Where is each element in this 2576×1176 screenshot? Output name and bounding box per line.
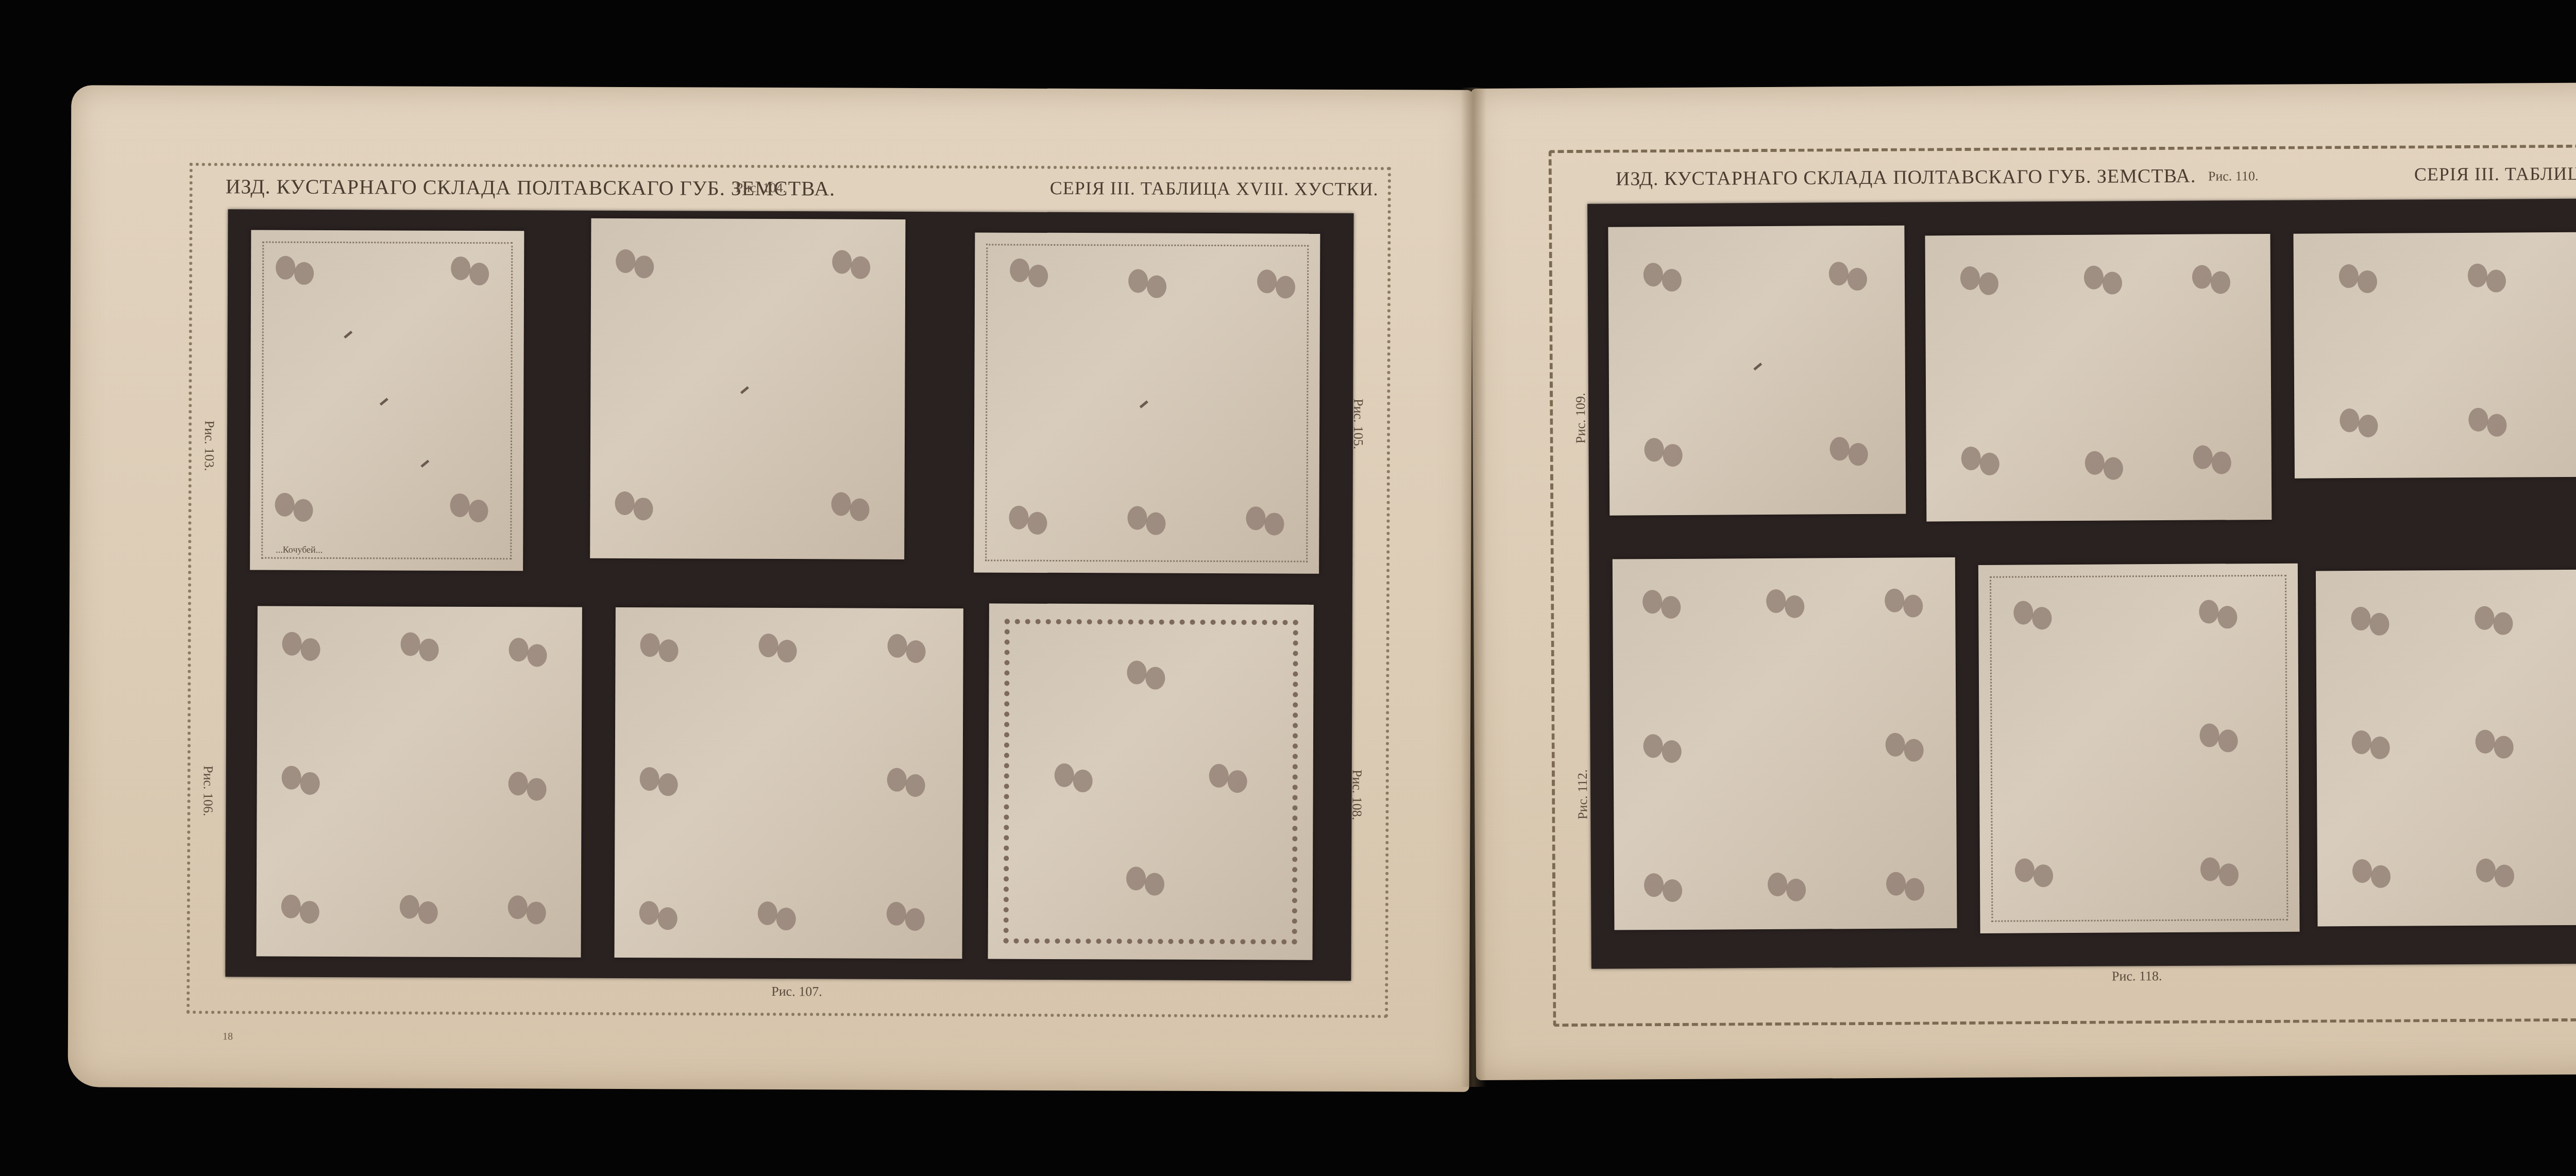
caption-fig-107: Рис. 107. bbox=[771, 984, 822, 999]
kerchief-111 bbox=[2293, 232, 2576, 479]
caption-fig-110: Рис. 110. bbox=[2208, 168, 2259, 184]
kerchief-118 bbox=[1978, 564, 2300, 933]
page-number: 18 bbox=[223, 1031, 233, 1043]
caption-fig-109: Рис. 109. bbox=[1573, 393, 1589, 444]
header-series: СЕРІЯ III. ТАБЛИЦА XVIII. ХУСТКИ. bbox=[1050, 177, 1379, 200]
kerchief-103: ...Кочубей... bbox=[250, 230, 524, 571]
header-series: СЕРІЯ III. ТАБЛИЦА XIX. ХУСТКИ. bbox=[2414, 162, 2576, 185]
kerchief-106 bbox=[257, 606, 582, 958]
caption-fig-106: Рис. 106. bbox=[200, 765, 215, 816]
kerchief-107 bbox=[614, 607, 963, 959]
photo-plate bbox=[1587, 198, 2576, 969]
kerchief-112 bbox=[1613, 557, 1957, 930]
caption-fig-104: Рис. 104. bbox=[736, 180, 787, 196]
kerchief-109 bbox=[1608, 226, 1906, 516]
kerchief-110 bbox=[1925, 234, 2272, 522]
kerchief-113 bbox=[2316, 569, 2576, 927]
photo-plate: ...Кочубей... bbox=[225, 209, 1353, 981]
caption-fig-112: Рис. 112. bbox=[1575, 769, 1591, 820]
kerchief-108 bbox=[988, 603, 1313, 960]
right-page: ИЗД. КУСТАРНАГО СКЛАДА ПОЛТАВСКАГО ГУБ. … bbox=[1471, 81, 2576, 1080]
caption-fig-118: Рис. 118. bbox=[2112, 968, 2162, 984]
caption-fig-103: Рис. 103. bbox=[201, 420, 217, 471]
kerchief-105 bbox=[974, 232, 1320, 573]
kerchief-104 bbox=[590, 218, 905, 559]
left-page: ИЗД. КУСТАРНАГО СКЛАДА ПОЛТАВСКАГО ГУБ. … bbox=[68, 85, 1473, 1092]
kerchief-signature: ...Кочубей... bbox=[276, 544, 323, 555]
header-publisher: ИЗД. КУСТАРНАГО СКЛАДА ПОЛТАВСКАГО ГУБ. … bbox=[1616, 165, 2196, 191]
book-gutter bbox=[1461, 88, 1486, 1087]
